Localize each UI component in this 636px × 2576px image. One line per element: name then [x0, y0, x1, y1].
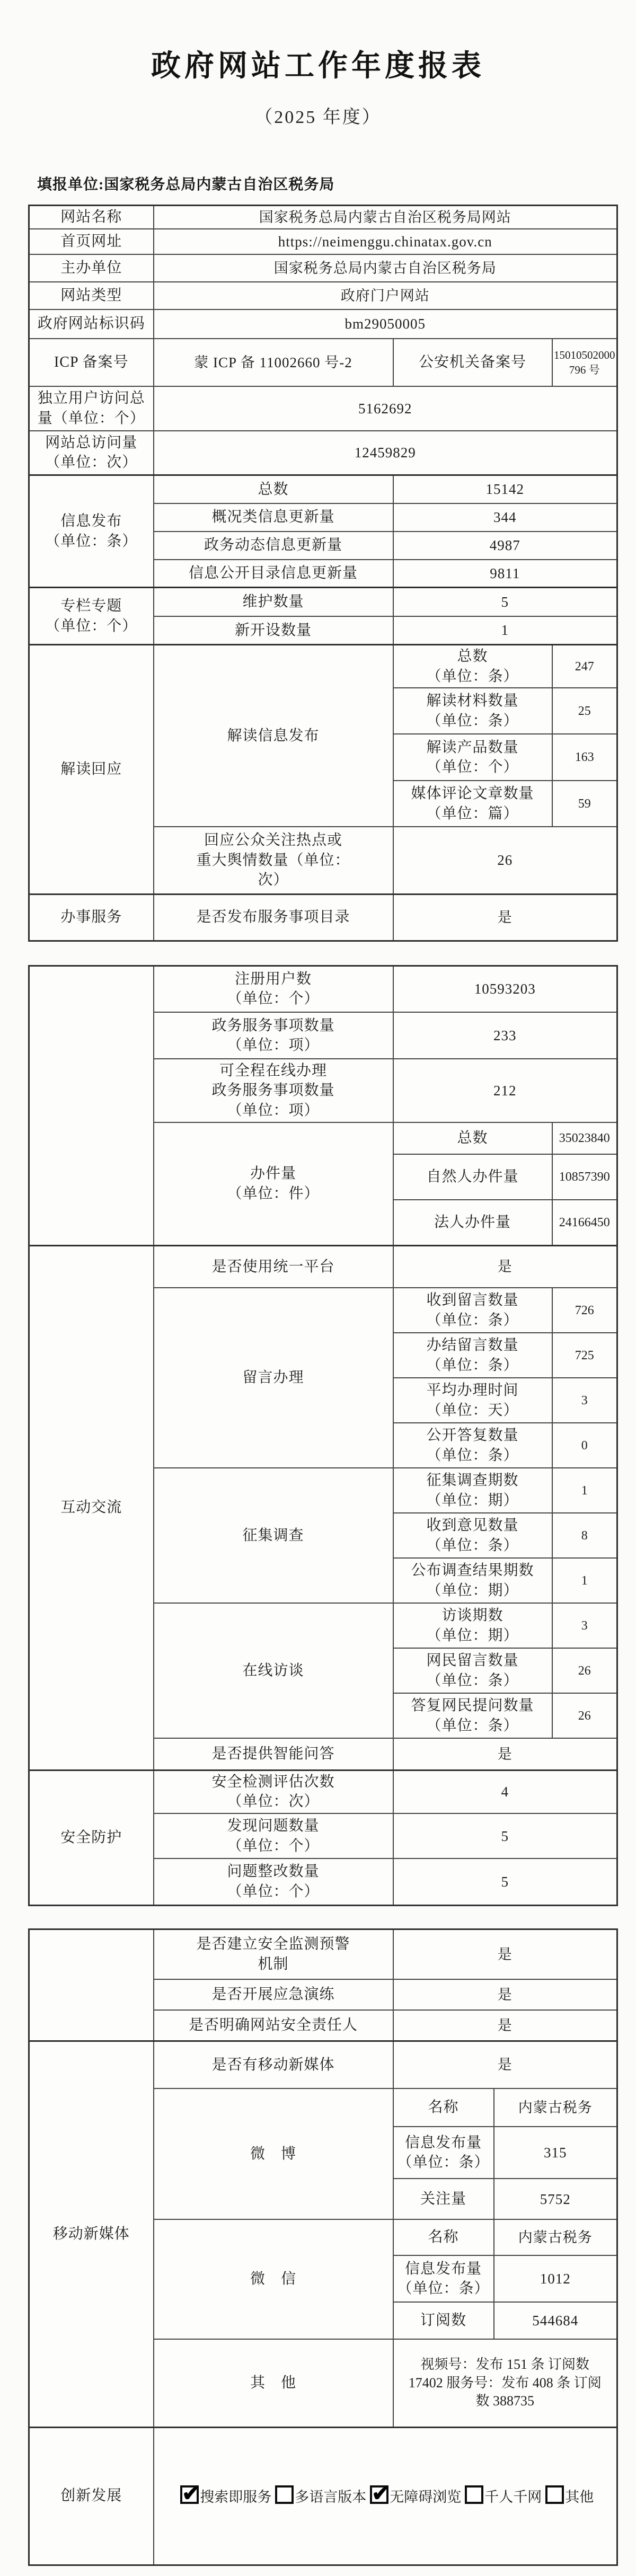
columns-maintained-value: 5 [393, 588, 617, 616]
interpret-media-label: 媒体评论文章数量 （单位：篇） [393, 781, 552, 827]
weibo-posts-value: 315 [494, 2127, 617, 2179]
info-dynamic-label: 政务动态信息更新量 [154, 532, 393, 560]
info-catalog-value: 9811 [393, 560, 617, 588]
special-columns-section-label: 专栏专题 （单位：个） [29, 588, 154, 645]
organizer-value: 国家税务总局内蒙古自治区税务局 [154, 254, 617, 282]
case-volume-label: 办件量 （单位：件） [154, 1122, 393, 1245]
reporting-unit-line: 填报单位:国家税务总局内蒙古自治区税务局 [37, 173, 636, 194]
table-row: 网站名称 国家税务总局内蒙古自治区税务局网站 [29, 206, 617, 229]
service-interaction-security-table: 注册用户数 （单位：个） 10593203 政务服务事项数量 （单位：项） 23… [28, 965, 618, 1906]
avg-handling-time-value: 3 [552, 1378, 617, 1423]
site-type-value: 政府门户网站 [154, 282, 617, 309]
info-overview-value: 344 [393, 503, 617, 532]
problems-found-value: 5 [393, 1813, 617, 1858]
security-section-label: 安全防护 [29, 1770, 154, 1905]
case-natural-label: 自然人办件量 [393, 1154, 552, 1200]
survey-section-label: 征集调查 [154, 1468, 393, 1603]
security-checks-value: 4 [393, 1770, 617, 1813]
table-row: 主办单位 国家税务总局内蒙古自治区税务局 [29, 254, 617, 282]
organizer-label: 主办单位 [29, 254, 154, 282]
security-checks-label: 安全检测评估次数 （单位：次） [154, 1770, 393, 1813]
messages-completed-label: 办结留言数量 （单位：条） [393, 1333, 552, 1378]
case-legal-label: 法人办件量 [393, 1200, 552, 1245]
table-row: 独立用户访问总 量（单位：个） 5162692 [29, 386, 617, 431]
report-page: 政府网站工作年度报表 （2025 年度） 填报单位:国家税务总局内蒙古自治区税务… [0, 0, 636, 2566]
netizen-messages-label: 网民留言数量 （单位：条） [393, 1648, 552, 1693]
mobile-media-section-label: 移动新媒体 [29, 2041, 154, 2427]
public-replies-value: 0 [552, 1423, 617, 1468]
home-url-label: 首页网址 [29, 229, 154, 254]
total-visits-label: 网站总访问量 （单位：次） [29, 431, 154, 475]
netizen-messages-value: 26 [552, 1648, 617, 1693]
wechat-name-label: 名称 [393, 2219, 494, 2255]
police-record-label: 公安机关备案号 [393, 339, 552, 386]
smart-qa-label: 是否提供智能问答 [154, 1738, 393, 1770]
smart-qa-value: 是 [393, 1738, 617, 1770]
weibo-followers-label: 关注量 [393, 2179, 494, 2219]
site-type-label: 网站类型 [29, 282, 154, 309]
table-row: 信息发布 （单位：条） 总数 15142 [29, 475, 617, 503]
weibo-section-label: 微 博 [154, 2088, 393, 2219]
table-row: 移动新媒体 是否有移动新媒体 是 [29, 2041, 617, 2088]
multilingual-label: 多语言版本 [295, 2489, 366, 2505]
survey-results-label: 公布调查结果期数 （单位：期） [393, 1558, 552, 1603]
monitoring-mechanism-label: 是否建立安全监测预警 机制 [154, 1929, 393, 1979]
columns-maintained-label: 维护数量 [154, 588, 393, 616]
page-title: 政府网站工作年度报表 [0, 0, 636, 84]
respond-hotspot-label: 回应公众关注热点或 重大舆情数量（单位： 次） [154, 827, 393, 894]
interpret-material-label: 解读材料数量 （单位：条） [393, 688, 552, 734]
has-mobile-media-label: 是否有移动新媒体 [154, 2041, 393, 2088]
wechat-posts-label: 信息发布量 （单位：条） [393, 2255, 494, 2302]
info-catalog-label: 信息公开目录信息更新量 [154, 560, 393, 588]
interpret-product-label: 解读产品数量 （单位：个） [393, 734, 552, 781]
message-handling-label: 留言办理 [154, 1288, 393, 1468]
table-row: 注册用户数 （单位：个） 10593203 [29, 966, 617, 1012]
total-visits-value: 12459829 [154, 431, 617, 475]
security-section-continued-empty-cell [29, 1929, 154, 2041]
weibo-posts-label: 信息发布量 （单位：条） [393, 2127, 494, 2179]
table-row: 首页网址 https://neimenggu.chinatax.gov.cn [29, 229, 617, 254]
columns-new-label: 新开设数量 [154, 616, 393, 645]
multilingual-checkbox [275, 2485, 294, 2504]
service-catalog-value: 是 [393, 894, 617, 941]
site-name-label: 网站名称 [29, 206, 154, 229]
icp-value: 蒙 ICP 备 11002660 号-2 [154, 339, 393, 386]
online-interview-label: 在线访谈 [154, 1603, 393, 1738]
case-natural-value: 10857390 [552, 1154, 617, 1200]
unified-platform-value: 是 [393, 1245, 617, 1288]
monitoring-mechanism-value: 是 [393, 1929, 617, 1979]
wechat-posts-value: 1012 [494, 2255, 617, 2302]
police-record-value: 15010502000 796 号 [552, 339, 617, 386]
personalized-web-checkbox [465, 2485, 483, 2504]
respond-hotspot-value: 26 [393, 827, 617, 894]
interpret-total-value: 247 [552, 645, 617, 688]
site-name-value: 国家税务总局内蒙古自治区税务局网站 [154, 206, 617, 229]
basic-info-table: 网站名称 国家税务总局内蒙古自治区税务局网站 首页网址 https://neim… [28, 205, 618, 942]
reporting-unit-value: 国家税务总局内蒙古自治区税务局 [104, 176, 334, 193]
messages-completed-value: 725 [552, 1333, 617, 1378]
problems-fixed-value: 5 [393, 1858, 617, 1905]
problems-found-label: 发现问题数量 （单位：个） [154, 1813, 393, 1858]
innovation-options-row: 搜索即服务多语言版本无障碍浏览千人千网其他 [154, 2427, 617, 2565]
unique-visitors-label: 独立用户访问总 量（单位：个） [29, 386, 154, 431]
interpret-product-value: 163 [552, 734, 617, 781]
registered-users-value: 10593203 [393, 966, 617, 1012]
interpret-material-value: 25 [552, 688, 617, 734]
table-row: 创新发展 搜索即服务多语言版本无障碍浏览千人千网其他 [29, 2427, 617, 2565]
case-total-label: 总数 [393, 1122, 552, 1154]
unified-platform-label: 是否使用统一平台 [154, 1245, 393, 1288]
survey-results-value: 1 [552, 1558, 617, 1603]
interpret-media-value: 59 [552, 781, 617, 827]
case-total-value: 35023840 [552, 1122, 617, 1154]
messages-received-value: 726 [552, 1288, 617, 1333]
reporting-unit-label: 填报单位: [37, 176, 104, 193]
search-as-service-checkbox [180, 2485, 199, 2504]
other-innovation-checkbox [545, 2485, 564, 2504]
opinions-received-label: 收到意见数量 （单位：条） [393, 1513, 552, 1558]
avg-handling-time-label: 平均办理时间 （单位：天） [393, 1378, 552, 1423]
other-innovation-label: 其他 [565, 2489, 594, 2505]
search-as-service-label: 搜索即服务 [200, 2489, 271, 2505]
home-url-value: https://neimenggu.chinatax.gov.cn [154, 229, 617, 254]
wechat-name-value: 内蒙古税务 [494, 2219, 617, 2255]
table-row: 解读回应 解读信息发布 总数 （单位：条） 247 [29, 645, 617, 688]
report-year-subtitle: （2025 年度） [0, 102, 636, 128]
info-dynamic-value: 4987 [393, 532, 617, 560]
info-total-value: 15142 [393, 475, 617, 503]
emergency-drill-label: 是否开展应急演练 [154, 1979, 393, 2010]
survey-issues-label: 征集调查期数 （单位：期） [393, 1468, 552, 1513]
site-code-value: bm29050005 [154, 309, 617, 339]
unique-visitors-value: 5162692 [154, 386, 617, 431]
security-officer-value: 是 [393, 2010, 617, 2041]
service-catalog-label: 是否发布服务事项目录 [154, 894, 393, 941]
security-officer-label: 是否明确网站安全责任人 [154, 2010, 393, 2041]
accessibility-checkbox [370, 2485, 388, 2504]
weibo-name-value: 内蒙古税务 [494, 2088, 617, 2127]
online-matters-value: 212 [393, 1059, 617, 1122]
other-media-label: 其 他 [154, 2339, 393, 2427]
public-replies-label: 公开答复数量 （单位：条） [393, 1423, 552, 1468]
problems-fixed-label: 问题整改数量 （单位：个） [154, 1858, 393, 1905]
accessibility-label: 无障碍浏览 [390, 2489, 461, 2505]
table-row: 专栏专题 （单位：个） 维护数量 5 [29, 588, 617, 616]
service-section-continued-empty-cell [29, 966, 154, 1245]
table-row: 网站总访问量 （单位：次） 12459829 [29, 431, 617, 475]
weibo-followers-value: 5752 [494, 2179, 617, 2219]
opinions-received-value: 8 [552, 1513, 617, 1558]
has-mobile-media-value: 是 [393, 2041, 617, 2088]
info-total-label: 总数 [154, 475, 393, 503]
service-matters-label: 政务服务事项数量 （单位：项） [154, 1012, 393, 1059]
site-code-label: 政府网站标识码 [29, 309, 154, 339]
interpret-total-label: 总数 （单位：条） [393, 645, 552, 688]
service-matters-value: 233 [393, 1012, 617, 1059]
wechat-section-label: 微 信 [154, 2219, 393, 2339]
table-row: 是否建立安全监测预警 机制 是 [29, 1929, 617, 1979]
table-row: 网站类型 政府门户网站 [29, 282, 617, 309]
interpret-publish-label: 解读信息发布 [154, 645, 393, 827]
online-matters-label: 可全程在线办理 政务服务事项数量 （单位：项） [154, 1059, 393, 1122]
table-row: 互动交流 是否使用统一平台 是 [29, 1245, 617, 1288]
table-row: 政府网站标识码 bm29050005 [29, 309, 617, 339]
messages-received-label: 收到留言数量 （单位：条） [393, 1288, 552, 1333]
registered-users-label: 注册用户数 （单位：个） [154, 966, 393, 1012]
table-row: ICP 备案号 蒙 ICP 备 11002660 号-2 公安机关备案号 150… [29, 339, 617, 386]
case-legal-value: 24166450 [552, 1200, 617, 1245]
interview-issues-value: 3 [552, 1603, 617, 1648]
table-row: 安全防护 安全检测评估次数 （单位：次） 4 [29, 1770, 617, 1813]
security-mobile-innovation-table: 是否建立安全监测预警 机制 是 是否开展应急演练 是 是否明确网站安全责任人 是… [28, 1928, 618, 2566]
interpret-response-section-label: 解读回应 [29, 645, 154, 895]
personalized-web-label: 千人千网 [484, 2489, 542, 2505]
table-row: 办事服务 是否发布服务事项目录 是 [29, 894, 617, 941]
other-media-value: 视频号：发布 151 条 订阅数 17402 服务号：发布 408 条 订阅 数… [393, 2339, 617, 2427]
weibo-name-label: 名称 [393, 2088, 494, 2127]
emergency-drill-value: 是 [393, 1979, 617, 2010]
survey-issues-value: 1 [552, 1468, 617, 1513]
innovation-section-label: 创新发展 [29, 2427, 154, 2565]
service-section-label: 办事服务 [29, 894, 154, 941]
questions-answered-value: 26 [552, 1693, 617, 1738]
wechat-subscribers-label: 订阅数 [393, 2302, 494, 2339]
questions-answered-label: 答复网民提问数量 （单位：条） [393, 1693, 552, 1738]
wechat-subscribers-value: 544684 [494, 2302, 617, 2339]
info-publish-section-label: 信息发布 （单位：条） [29, 475, 154, 588]
interaction-section-label: 互动交流 [29, 1245, 154, 1770]
columns-new-value: 1 [393, 616, 617, 645]
interview-issues-label: 访谈期数 （单位：期） [393, 1603, 552, 1648]
info-overview-label: 概况类信息更新量 [154, 503, 393, 532]
icp-label: ICP 备案号 [29, 339, 154, 386]
